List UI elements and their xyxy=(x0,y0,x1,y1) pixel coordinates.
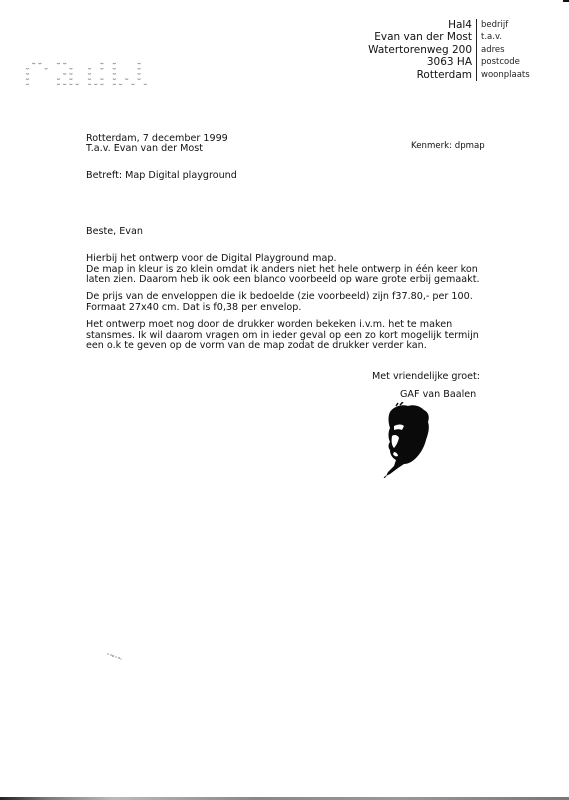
address-divider xyxy=(476,19,477,81)
signer-name: GAF van Baalen xyxy=(400,389,476,400)
address-street: Watertorenweg 200 xyxy=(368,44,472,56)
body-paragraph: Hierbij het ontwerp voor de Digital Play… xyxy=(86,254,506,286)
body-paragraph: Het ontwerp moet nog door de drukker wor… xyxy=(86,320,506,352)
salutation: Beste, Evan xyxy=(86,226,143,237)
portrait-signature-icon xyxy=(376,402,442,478)
letter-page: Hal4 Evan van der Most Watertorenweg 200… xyxy=(0,0,569,800)
address-values: Hal4 Evan van der Most Watertorenweg 200… xyxy=(368,19,472,81)
closing: Met vriendelijke groet: xyxy=(372,371,480,382)
address-labels: bedrijf t.a.v. adres postcode woonplaats xyxy=(481,19,530,81)
attention-line: T.a.v. Evan van der Most xyxy=(86,143,203,154)
address-attention: Evan van der Most xyxy=(368,31,472,43)
label-street: adres xyxy=(481,44,530,56)
address-postcode: 3063 HA xyxy=(368,56,472,68)
recipient-address-block: Hal4 Evan van der Most Watertorenweg 200… xyxy=(340,19,540,83)
label-attention: t.a.v. xyxy=(481,31,530,43)
scan-mark xyxy=(563,0,569,2)
paragraph-line: Hierbij het ontwerp voor de Digital Play… xyxy=(86,254,506,265)
label-postcode: postcode xyxy=(481,56,530,68)
scan-speck xyxy=(106,647,126,657)
reference: Kenmerk: dpmap xyxy=(411,141,485,152)
body-paragraph: De prijs van de enveloppen die ik bedoel… xyxy=(86,292,506,313)
paragraph-line: laten zien. Daarom heb ik ook een blanco… xyxy=(86,275,506,286)
subject-line: Betreft: Map Digital playground xyxy=(86,170,237,181)
paragraph-line: De prijs van de enveloppen die ik bedoel… xyxy=(86,292,506,303)
address-city: Rotterdam xyxy=(368,69,472,81)
label-company: bedrijf xyxy=(481,19,530,31)
paragraph-line: Formaat 27x40 cm. Dat is f0,38 per envel… xyxy=(86,303,506,314)
paragraph-line: Het ontwerp moet nog door de drukker wor… xyxy=(86,320,506,331)
paragraph-line: een o.k te geven op de vorm van de map z… xyxy=(86,341,506,352)
address-company: Hal4 xyxy=(368,19,472,31)
label-city: woonplaats xyxy=(481,69,530,81)
dotted-wordmark-logo-icon xyxy=(24,60,154,90)
